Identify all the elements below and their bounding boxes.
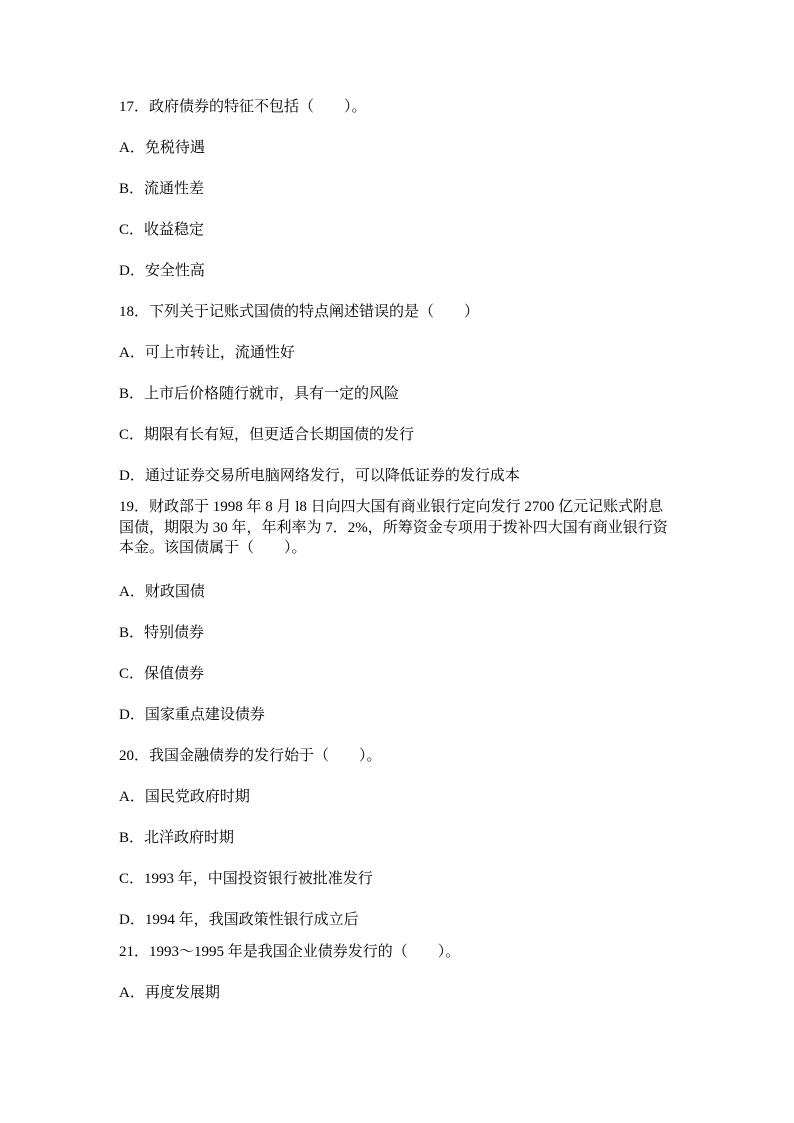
question-18-option-b: B．上市后价格随行就市，具有一定的风险 <box>119 384 675 405</box>
question-18-option-a: A．可上市转让，流通性好 <box>119 343 675 364</box>
question-17-option-a: A．免税待遇 <box>119 138 675 159</box>
question-18-stem: 18．下列关于记账式国债的特点阐述错误的是（ ） <box>119 302 675 323</box>
question-17-option-d: D．安全性高 <box>119 261 675 282</box>
question-19-option-b: B．特别债券 <box>119 623 675 644</box>
question-21-option-a: A．再度发展期 <box>119 983 675 1004</box>
question-17-stem: 17．政府债券的特征不包括（ ）。 <box>119 97 675 118</box>
question-19-option-d: D．国家重点建设债券 <box>119 705 675 726</box>
question-20-option-c: C．1993 年，中国投资银行被批准发行 <box>119 869 675 890</box>
question-20-option-b: B．北洋政府时期 <box>119 828 675 849</box>
question-20-option-d: D．1994 年，我国政策性银行成立后 <box>119 910 675 931</box>
question-21-stem: 21．1993～1995 年是我国企业债券发行的（ ）。 <box>119 942 675 963</box>
question-17-option-b: B．流通性差 <box>119 179 675 200</box>
question-20-stem: 20．我国金融债券的发行始于（ ）。 <box>119 746 675 767</box>
question-19-option-c: C．保值债券 <box>119 664 675 685</box>
question-20-option-a: A．国民党政府时期 <box>119 787 675 808</box>
question-18-option-c: C．期限有长有短，但更适合长期国债的发行 <box>119 425 675 446</box>
document-page: 17．政府债券的特征不包括（ ）。 A．免税待遇 B．流通性差 C．收益稳定 D… <box>0 0 794 1123</box>
question-19-stem: 19．财政部于 1998 年 8 月 l8 日向四大国有商业银行定向发行 270… <box>119 497 675 559</box>
exam-questions-block: 17．政府债券的特征不包括（ ）。 A．免税待遇 B．流通性差 C．收益稳定 D… <box>119 97 675 1024</box>
question-17-option-c: C．收益稳定 <box>119 220 675 241</box>
question-19-option-a: A．财政国债 <box>119 582 675 603</box>
question-18-option-d: D．通过证券交易所电脑网络发行，可以降低证券的发行成本 <box>119 466 675 487</box>
